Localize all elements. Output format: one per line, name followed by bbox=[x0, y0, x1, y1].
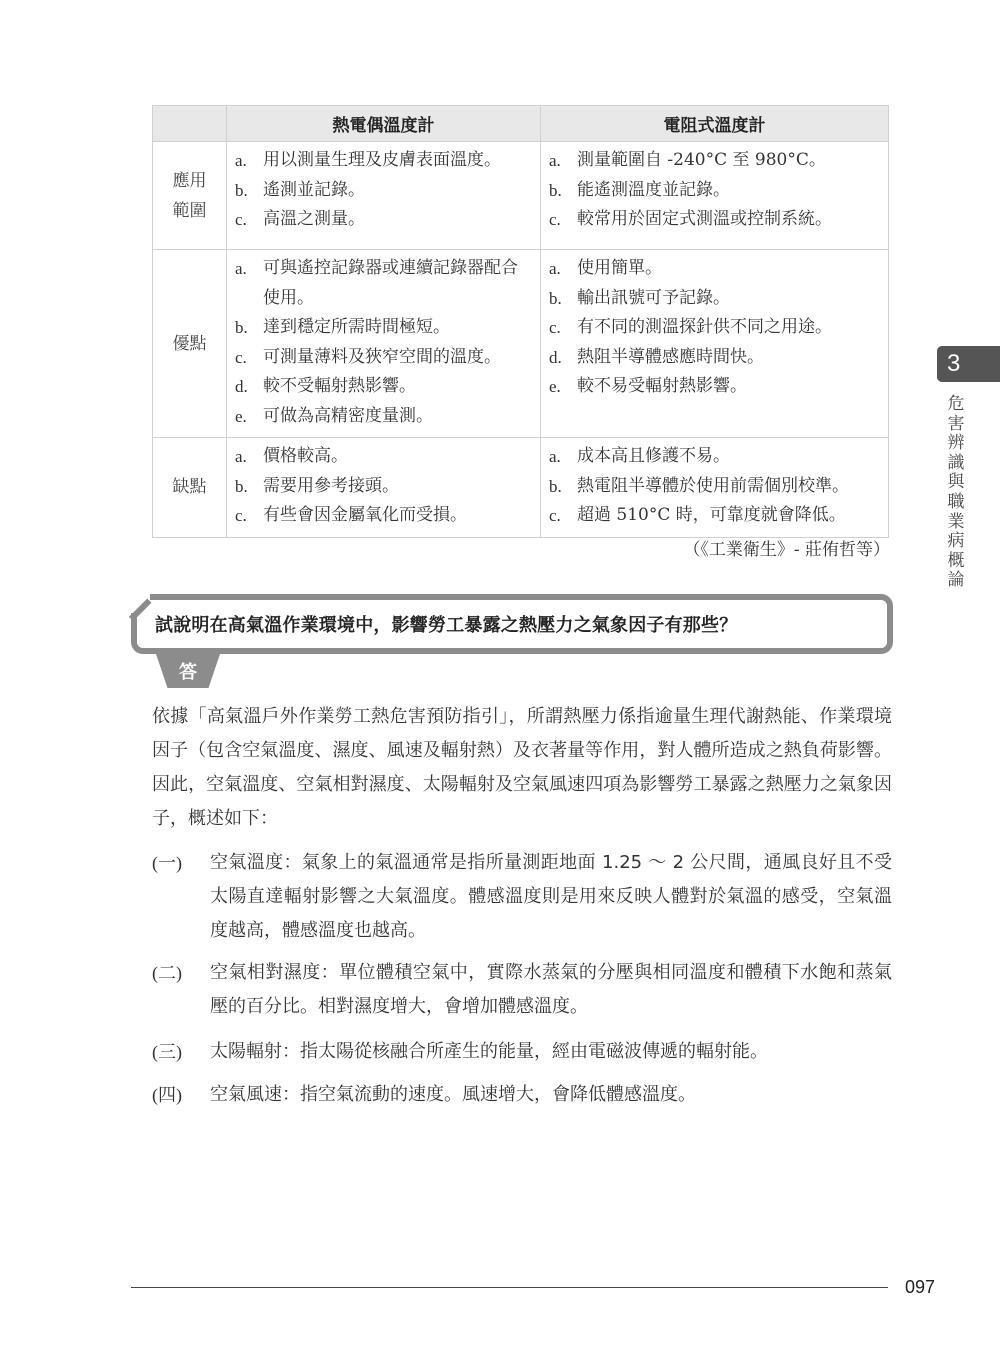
cell-resistance-application: a.測量範圍自 -240°C 至 980°C。 b.能遙測溫度並記錄。 c.較常… bbox=[541, 142, 889, 250]
item-marker: c. bbox=[235, 343, 263, 373]
list-item: b.能遙測溫度並記錄。 bbox=[549, 176, 882, 206]
item-marker: e. bbox=[235, 402, 263, 432]
row-label-disadvantages: 缺點 bbox=[153, 438, 227, 538]
table-header-row: 熱電偶溫度計 電阻式溫度計 bbox=[153, 106, 889, 142]
item-marker: c. bbox=[235, 205, 263, 235]
chapter-number-tab: 3 bbox=[937, 346, 1000, 382]
list-item: b.輸出訊號可予記錄。 bbox=[549, 284, 882, 314]
list-item: a.使用簡單。 bbox=[549, 254, 882, 284]
answer-label: 答 bbox=[156, 658, 220, 684]
item-text: 熱電阻半導體於使用前需個別校準。 bbox=[577, 472, 882, 502]
item-text: 達到穩定所需時間極短。 bbox=[263, 313, 534, 343]
item-text: 可與遙控記錄器或連續記錄器配合使用。 bbox=[263, 254, 534, 313]
item-marker: b. bbox=[549, 284, 577, 314]
list-item: c.有些會因金屬氧化而受損。 bbox=[235, 501, 534, 531]
list-item-number: (一) bbox=[152, 846, 206, 880]
item-text: 遙測並記錄。 bbox=[263, 176, 534, 206]
list-item: a.用以測量生理及皮膚表面溫度。 bbox=[235, 146, 534, 176]
list-item-text: 空氣溫度：氣象上的氣溫通常是指所量測距地面 1.25 ～ 2 公尺間，通風良好且… bbox=[210, 846, 892, 948]
list-item: d.熱阻半導體感應時間快。 bbox=[549, 343, 882, 373]
answer-intro-paragraph: 依據「高氣溫戶外作業勞工熱危害預防指引」，所謂熱壓力係指逾量生理代謝熱能、作業環… bbox=[152, 700, 892, 836]
list-item: a.測量範圍自 -240°C 至 980°C。 bbox=[549, 146, 882, 176]
item-text: 用以測量生理及皮膚表面溫度。 bbox=[263, 146, 534, 176]
item-text: 高溫之測量。 bbox=[263, 205, 534, 235]
item-text: 有些會因金屬氧化而受損。 bbox=[263, 501, 534, 531]
item-text: 可做為高精密度量測。 bbox=[263, 402, 534, 432]
item-text: 較不易受輻射熱影響。 bbox=[577, 372, 882, 402]
list-item: a.價格較高。 bbox=[235, 442, 534, 472]
cell-resistance-advantages: a.使用簡單。 b.輸出訊號可予記錄。 c.有不同的測溫探針供不同之用途。 d.… bbox=[541, 250, 889, 438]
cell-resistance-disadvantages: a.成本高且修護不易。 b.熱電阻半導體於使用前需個別校準。 c.超過 510°… bbox=[541, 438, 889, 538]
table-header-thermocouple: 熱電偶溫度計 bbox=[227, 106, 541, 142]
list-item-text: 太陽輻射：指太陽從核融合所產生的能量，經由電磁波傳遞的輻射能。 bbox=[210, 1035, 892, 1069]
row-label-advantages: 優點 bbox=[153, 250, 227, 438]
item-marker: a. bbox=[235, 254, 263, 313]
list-item-text: 空氣風速：指空氣流動的速度。風速增大，會降低體感溫度。 bbox=[210, 1078, 892, 1112]
item-text: 使用簡單。 bbox=[577, 254, 882, 284]
chapter-title-vertical: 危害辨識與職業病概論 bbox=[944, 395, 968, 591]
answer-list-item: (一) 空氣溫度：氣象上的氣溫通常是指所量測距地面 1.25 ～ 2 公尺間，通… bbox=[152, 846, 892, 948]
row-label-application: 應用 範圍 bbox=[153, 142, 227, 250]
list-item: c.有不同的測溫探針供不同之用途。 bbox=[549, 313, 882, 343]
item-marker: b. bbox=[549, 472, 577, 502]
item-marker: b. bbox=[549, 176, 577, 206]
page-number: 097 bbox=[905, 1277, 935, 1298]
list-item: b.熱電阻半導體於使用前需個別校準。 bbox=[549, 472, 882, 502]
answer-list-item: (二) 空氣相對濕度：單位體積空氣中，實際水蒸氣的分壓與相同溫度和體積下水飽和蒸… bbox=[152, 956, 892, 1024]
item-marker: a. bbox=[549, 254, 577, 284]
item-text: 價格較高。 bbox=[263, 442, 534, 472]
list-item: e.較不易受輻射熱影響。 bbox=[549, 372, 882, 402]
answer-list-item: (三) 太陽輻射：指太陽從核融合所產生的能量，經由電磁波傳遞的輻射能。 bbox=[152, 1035, 892, 1069]
row-label-line: 應用 bbox=[154, 166, 225, 196]
list-item: b.遙測並記錄。 bbox=[235, 176, 534, 206]
item-marker: c. bbox=[549, 313, 577, 343]
list-item: e.可做為高精密度量測。 bbox=[235, 402, 534, 432]
row-label-line: 範圍 bbox=[154, 196, 225, 226]
list-item: a.成本高且修護不易。 bbox=[549, 442, 882, 472]
list-item-number: (四) bbox=[152, 1078, 206, 1112]
item-marker: a. bbox=[235, 146, 263, 176]
list-item: b.達到穩定所需時間極短。 bbox=[235, 313, 534, 343]
list-item: c.較常用於固定式測溫或控制系統。 bbox=[549, 205, 882, 235]
item-text: 輸出訊號可予記錄。 bbox=[577, 284, 882, 314]
item-text: 需要用參考接頭。 bbox=[263, 472, 534, 502]
list-item: b.需要用參考接頭。 bbox=[235, 472, 534, 502]
item-text: 有不同的測溫探針供不同之用途。 bbox=[577, 313, 882, 343]
list-item: d.較不受輻射熱影響。 bbox=[235, 372, 534, 402]
item-text: 熱阻半導體感應時間快。 bbox=[577, 343, 882, 373]
table-header-resistance: 電阻式溫度計 bbox=[541, 106, 889, 142]
item-marker: c. bbox=[549, 205, 577, 235]
item-text: 可測量薄料及狹窄空間的溫度。 bbox=[263, 343, 534, 373]
item-marker: a. bbox=[235, 442, 263, 472]
item-marker: d. bbox=[549, 343, 577, 373]
list-item-number: (三) bbox=[152, 1035, 206, 1069]
table-row-advantages: 優點 a.可與遙控記錄器或連續記錄器配合使用。 b.達到穩定所需時間極短。 c.… bbox=[153, 250, 889, 438]
answer-list-item: (四) 空氣風速：指空氣流動的速度。風速增大，會降低體感溫度。 bbox=[152, 1078, 892, 1112]
list-item: a.可與遙控記錄器或連續記錄器配合使用。 bbox=[235, 254, 534, 313]
list-item-number: (二) bbox=[152, 956, 206, 990]
item-text: 成本高且修護不易。 bbox=[577, 442, 882, 472]
item-marker: b. bbox=[235, 472, 263, 502]
cell-thermocouple-advantages: a.可與遙控記錄器或連續記錄器配合使用。 b.達到穩定所需時間極短。 c.可測量… bbox=[227, 250, 541, 438]
item-marker: e. bbox=[549, 372, 577, 402]
cell-thermocouple-disadvantages: a.價格較高。 b.需要用參考接頭。 c.有些會因金屬氧化而受損。 bbox=[227, 438, 541, 538]
list-item: c.超過 510°C 時，可靠度就會降低。 bbox=[549, 501, 882, 531]
footer-rule bbox=[131, 1287, 888, 1288]
item-marker: c. bbox=[549, 501, 577, 531]
item-marker: b. bbox=[235, 313, 263, 343]
table-row-application: 應用 範圍 a.用以測量生理及皮膚表面溫度。 b.遙測並記錄。 c.高溫之測量。… bbox=[153, 142, 889, 250]
comparison-table: 熱電偶溫度計 電阻式溫度計 應用 範圍 a.用以測量生理及皮膚表面溫度。 b.遙… bbox=[152, 105, 889, 538]
item-marker: a. bbox=[549, 442, 577, 472]
item-marker: b. bbox=[235, 176, 263, 206]
list-item: c.高溫之測量。 bbox=[235, 205, 534, 235]
table-source-citation: （《工業衛生》- 莊侑哲等） bbox=[683, 535, 890, 560]
item-text: 能遙測溫度並記錄。 bbox=[577, 176, 882, 206]
item-marker: c. bbox=[235, 501, 263, 531]
table-header-corner bbox=[153, 106, 227, 142]
item-text: 超過 510°C 時，可靠度就會降低。 bbox=[577, 501, 882, 531]
item-marker: d. bbox=[235, 372, 263, 402]
item-marker: a. bbox=[549, 146, 577, 176]
table-row-disadvantages: 缺點 a.價格較高。 b.需要用參考接頭。 c.有些會因金屬氧化而受損。 a.成… bbox=[153, 438, 889, 538]
item-text: 較不受輻射熱影響。 bbox=[263, 372, 534, 402]
list-item: c.可測量薄料及狹窄空間的溫度。 bbox=[235, 343, 534, 373]
cell-thermocouple-application: a.用以測量生理及皮膚表面溫度。 b.遙測並記錄。 c.高溫之測量。 bbox=[227, 142, 541, 250]
list-item-text: 空氣相對濕度：單位體積空氣中，實際水蒸氣的分壓與相同溫度和體積下水飽和蒸氣壓的百… bbox=[210, 956, 892, 1024]
question-text: 試說明在高氣溫作業環境中，影響勞工暴露之熱壓力之氣象因子有那些？ bbox=[155, 611, 737, 637]
item-text: 較常用於固定式測溫或控制系統。 bbox=[577, 205, 882, 235]
item-text: 測量範圍自 -240°C 至 980°C。 bbox=[577, 146, 882, 176]
